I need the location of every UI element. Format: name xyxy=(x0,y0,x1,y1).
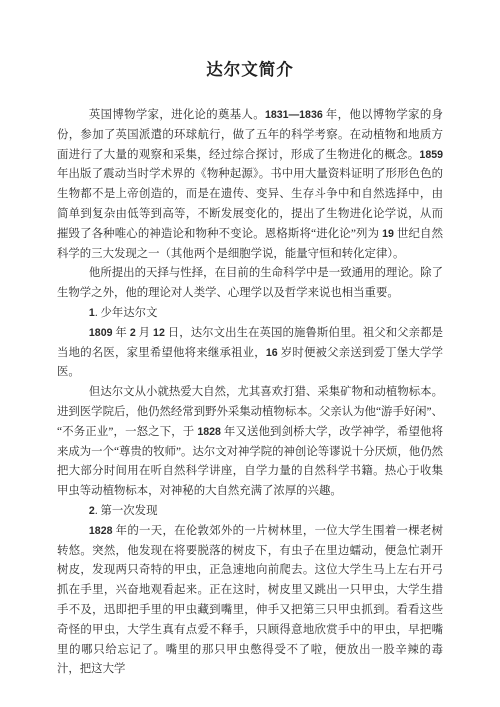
document-body: 英国博物学家，进化论的奠基人。1831—1836 年，他以博物学家的身份，参加了… xyxy=(57,106,443,680)
para-first-discovery-story: 1828 年的一天，在伦敦郊外的一片树林里，一位大学生围着一棵老树转悠。突然，他… xyxy=(57,522,443,680)
heading-first-discovery: 2. 第一次发现 xyxy=(57,502,443,522)
document-title: 达尔文简介 xyxy=(57,57,443,83)
para-intro-theory: 他所提出的天择与性择，在目前的生命科学中是一致通用的理论。除了生物学之外，他的理… xyxy=(57,264,443,304)
heading-young-darwin: 1. 少年达尔文 xyxy=(57,304,443,324)
para-young-darwin-birth: 1809 年 2 月 12 日，达尔文出生在英国的施鲁斯伯里。祖父和父亲都是当地… xyxy=(57,324,443,383)
para-intro-overview: 英国博物学家，进化论的奠基人。1831—1836 年，他以博物学家的身份，参加了… xyxy=(57,106,443,264)
document-page: 达尔文简介 英国博物学家，进化论的奠基人。1831—1836 年，他以博物学家的… xyxy=(0,0,500,707)
para-young-darwin-nature: 但达尔文从小就热爱大自然，尤其喜欢打猎、采集矿物和动植物标本。进到医学院后，他仍… xyxy=(57,383,443,502)
